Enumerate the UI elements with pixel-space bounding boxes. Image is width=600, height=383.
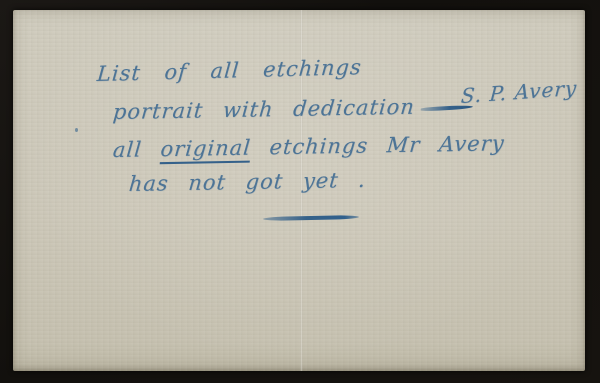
- handwritten-line-originals: all original etchings Mr Avery: [112, 131, 506, 162]
- scan-background: List of all etchings portrait with dedic…: [0, 0, 600, 383]
- handwritten-note: List of all etchings portrait with dedic…: [13, 10, 585, 371]
- handwritten-line-not-got-yet: has not got yet .: [128, 168, 367, 196]
- signature-sp-avery: S. P. Avery: [460, 76, 578, 108]
- dedication-text: portrait with dedication: [112, 95, 416, 124]
- paper-sheet: List of all etchings portrait with dedic…: [13, 10, 585, 371]
- line3-suffix-text: etchings Mr Avery: [269, 131, 506, 159]
- handwritten-line-title: List of all etchings: [96, 55, 363, 86]
- handwritten-line-dedication: portrait with dedication: [112, 94, 474, 124]
- underlined-word-original: original: [159, 136, 252, 165]
- ink-divider-line: [263, 215, 359, 221]
- line3-prefix-text: all: [112, 137, 143, 162]
